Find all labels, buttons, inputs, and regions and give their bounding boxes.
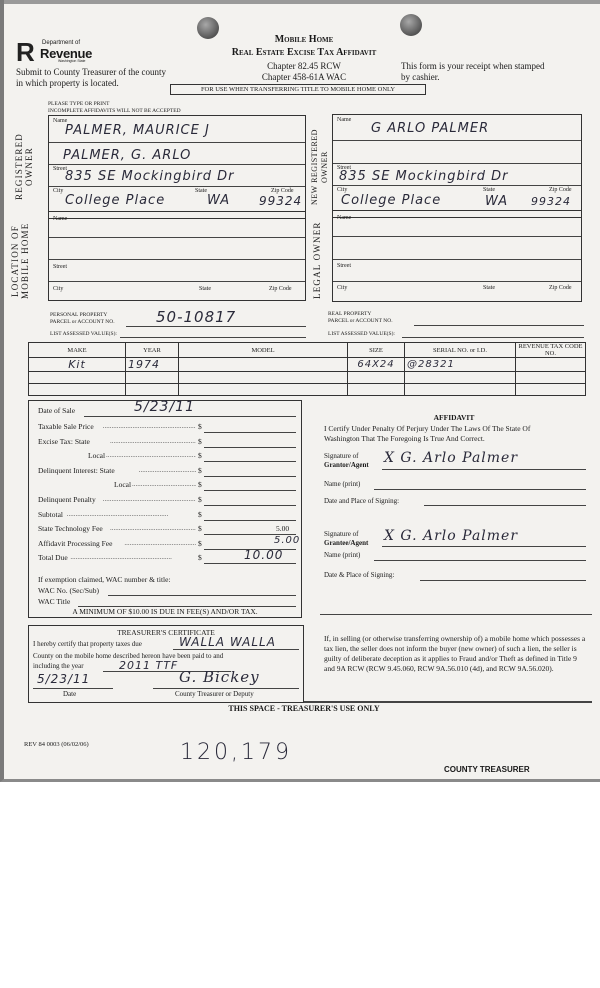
leader-dots: ........................................… [110,524,196,532]
treasurer-certificate-box: TREASURER'S CERTIFICATE I hereby certify… [28,625,304,703]
instructions-line2: INCOMPLETE AFFIDAVITS WILL NOT BE ACCEPT… [48,108,181,115]
cell-model[interactable] [179,372,348,384]
real-parcel-label-2: PARCEL or ACCOUNT NO. [328,318,393,325]
cell-size[interactable] [348,384,405,396]
grantee-signature-field[interactable]: X G. Arlo Palmer [384,528,518,544]
nro-name-label: Name [337,117,351,124]
treasurer-use-only-label: THIS SPACE - TREASURER'S USE ONLY [4,704,600,713]
tax-line-amount-field[interactable]: 5.00 [276,524,289,534]
ro-city-label: City [53,188,63,195]
date-place-label-1: Date and Place of Signing: [324,497,399,505]
nro-zip-field[interactable]: 99324 [531,195,571,208]
instructions-line1: PLEASE TYPE OR PRINT [48,101,181,108]
logo-state-text: Washington State [58,59,86,63]
real-parcel-label: REAL PROPERTY PARCEL or ACCOUNT NO. [328,311,393,325]
receipt-note-line1: This form is your receipt when stamped [401,61,544,72]
tax-line-label: Affidavit Processing Fee [38,539,112,549]
ro-state-field[interactable]: WA [207,193,230,208]
form-number: REV 84 0003 (06/02/06) [24,741,89,748]
currency-symbol: $ [198,495,202,505]
mobile-home-table: MAKE YEAR MODEL SIZE SERIAL NO. or I.D. … [28,342,586,396]
nro-state-field[interactable]: WA [485,194,508,209]
registered-owner-box: Name PALMER, MAURICE J PALMER, G. ARLO S… [48,115,306,219]
leader-dots: ........................................… [124,539,196,547]
nro-city-field[interactable]: College Place [341,193,441,208]
nro-name-1-field[interactable]: G ARLO PALMER [371,121,489,136]
personal-parcel-label-2: PARCEL or ACCOUNT NO. [50,319,115,326]
amount-underline [204,520,296,521]
treasurer-county-field[interactable]: WALLA WALLA [179,635,276,649]
currency-symbol: $ [198,466,202,476]
grantor-sig-label: Signature of Grantor/Agent [324,452,369,470]
treasurer-date-field[interactable]: 5/23/11 [37,672,90,686]
real-parcel-label-1: REAL PROPERTY [328,311,393,318]
currency-symbol: $ [198,510,202,520]
date-place-label-2: Date & Place of Signing: [324,571,394,579]
col-year: YEAR [126,343,179,358]
amount-underline [204,476,296,477]
loc-state-label: State [199,286,211,293]
currency-symbol: $ [198,437,202,447]
tax-line-label: Delinquent Penalty [38,495,96,505]
currency-symbol: $ [198,480,202,490]
leader-dots: ........................................… [67,510,196,518]
grantor-sig-label-2: Grantor/Agent [324,461,369,470]
amount-underline [204,490,296,491]
cell-serial[interactable] [405,384,516,396]
location-of-mobile-home-label: LOCATION OF MOBILE HOME [10,222,48,300]
form-title: Mobile Home Real Estate Excise Tax Affid… [184,33,424,59]
cell-model[interactable] [179,384,348,396]
col-serial: SERIAL NO. or I.D. [405,343,516,358]
use-banner: FOR USE WHEN TRANSFERRING TITLE TO MOBIL… [170,84,426,95]
treasurer-signature-field[interactable]: G. Bickey [179,668,260,686]
table-row: Kit 1974 64X24 @28321 [29,358,586,372]
cell-make[interactable]: Kit [29,358,126,372]
lo-street-label: Street [337,263,351,270]
currency-symbol: $ [198,451,202,461]
loc-city-label: City [53,286,63,293]
ro-city-field[interactable]: College Place [65,193,165,208]
new-registered-owner-box: Name G ARLO PALMER Street 835 SE Mocking… [332,114,582,218]
receipt-note-line2: by cashier. [401,72,544,83]
location-box: Name Street City State Zip Code [48,211,306,301]
personal-parcel-label-1: PERSONAL PROPERTY [50,312,115,319]
leader-dots: ........................................… [103,422,196,430]
certify-line1: I Certify Under Penalty Of Perjury Under… [324,424,530,434]
name-print-label-1: Name (print) [324,480,360,488]
amount-underline [204,461,296,462]
col-model: MODEL [179,343,348,358]
amount-underline [204,563,296,564]
submit-note-line2: in which property is located. [16,78,166,89]
new-registered-owner-label: NEW REGISTERED OWNER [310,115,334,219]
nro-zip-label: Zip Code [549,187,572,194]
cell-year[interactable] [126,372,179,384]
treasurer-line3: including the year [33,662,84,670]
cell-tax-code[interactable] [516,372,586,384]
chapter-wac: Chapter 458-61A WAC [244,72,364,83]
col-size: SIZE [348,343,405,358]
col-make: MAKE [29,343,126,358]
tax-line-label: State Technology Fee [38,524,103,534]
scan-edge [4,0,600,4]
table-row [29,372,586,384]
personal-parcel-label: PERSONAL PROPERTY PARCEL or ACCOUNT NO. [50,312,115,326]
affidavit-form-page: R Department of Revenue Washington State… [0,0,600,782]
logo-swoosh-icon: R [16,40,35,64]
loc-name-label: Name [53,216,67,223]
personal-parcel-field[interactable]: 50-10817 [156,308,236,326]
leader-dots: ........................................… [132,480,196,488]
tax-line-label: Local [114,480,131,490]
amount-underline [204,432,296,433]
table-header-row: MAKE YEAR MODEL SIZE SERIAL NO. or I.D. … [29,343,586,358]
cell-size[interactable]: 64X24 [348,358,405,372]
receipt-note: This form is your receipt when stamped b… [401,61,544,83]
cell-make[interactable] [29,372,126,384]
assessed-value-right-label: LIST ASSESSED VALUE(S): [328,331,395,338]
treasurer-signer-label: County Treasurer or Deputy [175,690,254,698]
affidavit-title: AFFIDAVIT [304,413,600,422]
date-of-sale-label: Date of Sale [38,406,75,416]
grantee-sig-label: Signature of Grantee/Agent [324,530,368,548]
legal-owner-box: Name Street City State Zip Code [332,210,582,302]
grantee-sig-label-2: Grantee/Agent [324,539,368,548]
assessed-value-left-label: LIST ASSESSED VALUE(S): [50,331,117,338]
ro-street-field[interactable]: 835 SE Mockingbird Dr [65,169,234,184]
legal-owner-label: LEGAL OWNER [312,220,332,300]
tax-line-amount-field[interactable]: 10.00 [244,550,283,560]
currency-symbol: $ [198,539,202,549]
leader-dots: ........................................… [103,495,196,503]
wac-no-label: WAC No. (Sec/Sub) [38,586,99,596]
tax-line-label: Subtotal [38,510,63,520]
currency-symbol: $ [198,422,202,432]
leader-dots: ........................................… [106,451,196,459]
table-row [29,384,586,396]
tax-line-label: Excise Tax: State [38,437,90,447]
loc-street-label: Street [53,264,67,271]
tax-line-label: Total Due [38,553,68,563]
title-line1: Mobile Home [184,33,424,46]
wac-title-label: WAC Title [38,597,70,607]
loc-zip-label: Zip Code [269,286,292,293]
leader-dots: ........................................… [110,437,196,445]
county-treasurer-stamp: COUNTY TREASURER [444,765,530,774]
cell-make[interactable] [29,384,126,396]
tax-line-amount-field[interactable]: 5.00 [274,536,300,546]
cell-model[interactable] [179,358,348,372]
cell-year[interactable] [126,384,179,396]
cell-size[interactable] [348,372,405,384]
amount-underline [204,505,296,506]
lo-zip-label: Zip Code [549,285,572,292]
grantor-sig-label-1: Signature of [324,452,369,461]
col-tax-code: REVENUE TAX CODE NO. [516,343,586,358]
amount-underline [204,447,296,448]
dor-logo: R Department of Revenue Washington State [16,38,86,64]
lo-city-label: City [337,285,347,292]
treasurer-date-label: Date [63,690,76,698]
currency-symbol: $ [198,553,202,563]
ro-name-2-field[interactable]: PALMER, G. ARLO [63,148,191,163]
leader-dots: ........................................… [139,466,196,474]
submit-note-line1: Submit to County Treasurer of the county [16,67,166,78]
instructions: PLEASE TYPE OR PRINT INCOMPLETE AFFIDAVI… [48,101,181,115]
cell-serial[interactable]: @28321 [405,358,516,372]
cell-tax-code[interactable] [516,358,586,372]
handwritten-receipt-number: 120,179 [180,740,292,765]
chapter-refs: Chapter 82.45 RCW Chapter 458-61A WAC [244,61,364,83]
nro-street-field[interactable]: 835 SE Mockingbird Dr [339,169,508,184]
cell-serial[interactable] [405,372,516,384]
certify-text: I Certify Under Penalty Of Perjury Under… [324,424,530,444]
lo-state-label: State [483,285,495,292]
cell-tax-code[interactable] [516,384,586,396]
submit-note: Submit to County Treasurer of the county… [16,67,166,89]
lien-notice: If, in selling (or otherwise transferrin… [324,634,586,674]
tax-line-label: Local [88,451,105,461]
registered-owner-label: REGISTERED OWNER [14,117,44,217]
treasurer-year-field[interactable]: 2011 TTF [119,659,178,672]
minimum-note: A MINIMUM OF $10.00 IS DUE IN FEE(S) AND… [28,607,302,616]
lo-name-label: Name [337,215,351,222]
grantee-sig-label-1: Signature of [324,530,368,539]
date-of-sale-field[interactable]: 5/23/11 [134,399,195,415]
cell-year[interactable]: 1974 [126,358,179,372]
chapter-rcw: Chapter 82.45 RCW [244,61,364,72]
treasurer-line1: I hereby certify that property taxes due [33,640,142,648]
ro-name-1-field[interactable]: PALMER, MAURICE J [65,123,210,138]
title-line2: Real Estate Excise Tax Affidavit [184,46,424,59]
tax-line-label: Delinquent Interest: State [38,466,115,476]
leader-dots: ........................................… [70,553,196,561]
ro-zip-field[interactable]: 99324 [259,194,302,208]
certify-line2: Washington That The Foregoing Is True An… [324,434,530,444]
tax-line-label: Taxable Sale Price [38,422,94,432]
nro-state-label: State [483,187,495,194]
exemption-label: If exemption claimed, WAC number & title… [38,575,171,585]
name-print-label-2: Name (print) [324,551,360,559]
currency-symbol: $ [198,524,202,534]
grantor-signature-field[interactable]: X G. Arlo Palmer [384,450,518,466]
ro-state-label: State [195,188,207,195]
